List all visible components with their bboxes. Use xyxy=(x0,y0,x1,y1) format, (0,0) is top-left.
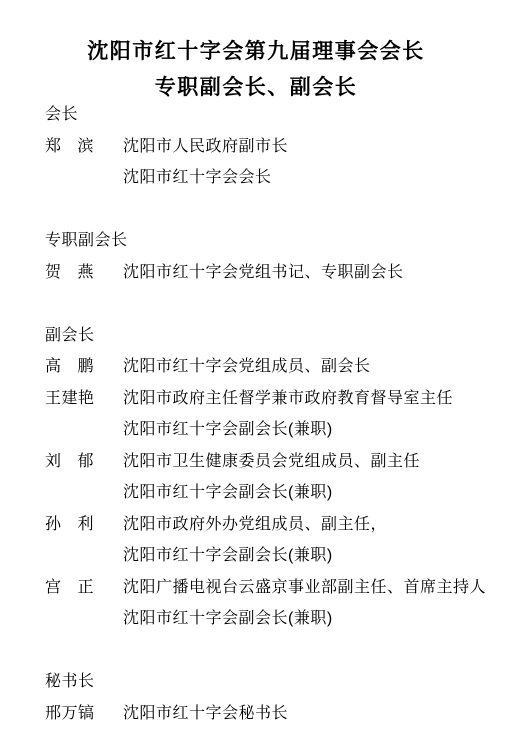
section: 副会长高鹏沈阳市红十字会党组成员、副会长王建艳沈阳市政府主任督学兼市政府教育督导… xyxy=(45,320,531,635)
position-text: 沈阳市卫生健康委员会党组成员、副主任 xyxy=(123,446,420,478)
name-char: 郁 xyxy=(77,446,94,478)
name-char: 建 xyxy=(62,383,79,415)
section: 秘书长邢万镐沈阳市红十字会秘书长 xyxy=(45,666,531,729)
position-text: 沈阳市红十字会会长 xyxy=(123,162,272,194)
name-char: 万 xyxy=(62,698,79,730)
position-text: 沈阳市红十字会秘书长 xyxy=(123,698,288,730)
person-name: 刘郁 xyxy=(45,446,94,478)
name-char: 贺 xyxy=(45,257,62,289)
person-name: 郑滨 xyxy=(45,131,94,163)
position-text: 沈阳市红十字会党组书记、专职副会长 xyxy=(123,257,404,289)
entry-line: 沈阳市红十字会副会长(兼职) xyxy=(45,540,531,572)
section-heading: 副会长 xyxy=(45,320,531,352)
document-page: 沈阳市红十字会第九届理事会会长 专职副会长、副会长 会长郑滨沈阳市人民政府副市长… xyxy=(0,0,531,750)
person-name: 邢万镐 xyxy=(45,698,94,730)
name-char: 正 xyxy=(77,572,94,604)
name-char: 宫 xyxy=(45,572,62,604)
entry-line: 郑滨沈阳市人民政府副市长 xyxy=(45,131,531,163)
name-char: 镐 xyxy=(78,698,95,730)
position-text: 沈阳市红十字会副会长(兼职) xyxy=(123,603,333,635)
name-char: 王 xyxy=(45,383,62,415)
name-char: 利 xyxy=(77,509,94,541)
position-text: 沈阳市红十字会党组成员、副会长 xyxy=(123,351,371,383)
name-char: 鹏 xyxy=(77,351,94,383)
entry-line: 沈阳市红十字会副会长(兼职) xyxy=(45,603,531,635)
document-title: 沈阳市红十字会第九届理事会会长 专职副会长、副会长 xyxy=(45,0,467,106)
position-text: 沈阳市政府外办党组成员、副主任， xyxy=(123,509,387,541)
name-char: 郑 xyxy=(45,131,62,163)
name-char: 刘 xyxy=(45,446,62,478)
person-name: 王建艳 xyxy=(45,383,94,415)
position-text: 沈阳市红十字会副会长(兼职) xyxy=(123,477,333,509)
person-name: 贺燕 xyxy=(45,257,94,289)
name-char: 滨 xyxy=(77,131,94,163)
section-heading: 专职副会长 xyxy=(45,225,531,257)
section: 专职副会长贺燕沈阳市红十字会党组书记、专职副会长 xyxy=(45,225,531,288)
section-heading: 秘书长 xyxy=(45,666,531,698)
entry-line: 沈阳市红十字会副会长(兼职) xyxy=(45,477,531,509)
entry-line: 孙利沈阳市政府外办党组成员、副主任， xyxy=(45,509,531,541)
name-char: 邢 xyxy=(45,698,62,730)
entry-line: 沈阳市红十字会会长 xyxy=(45,162,531,194)
entry-line: 王建艳沈阳市政府主任督学兼市政府教育督导室主任 xyxy=(45,383,531,415)
entry-line: 高鹏沈阳市红十字会党组成员、副会长 xyxy=(45,351,531,383)
entry-line: 邢万镐沈阳市红十字会秘书长 xyxy=(45,698,531,730)
person-name: 高鹏 xyxy=(45,351,94,383)
position-text: 沈阳市人民政府副市长 xyxy=(123,131,288,163)
person-name: 宫正 xyxy=(45,572,94,604)
name-char: 艳 xyxy=(78,383,95,415)
name-char: 燕 xyxy=(77,257,94,289)
section: 会长郑滨沈阳市人民政府副市长沈阳市红十字会会长 xyxy=(45,99,531,194)
position-text: 沈阳广播电视台云盛京事业部副主任、首席主持人 xyxy=(123,572,486,604)
person-name: 孙利 xyxy=(45,509,94,541)
name-char: 高 xyxy=(45,351,62,383)
name-char: 孙 xyxy=(45,509,62,541)
entry-line: 刘郁沈阳市卫生健康委员会党组成员、副主任 xyxy=(45,446,531,478)
position-text: 沈阳市红十字会副会长(兼职) xyxy=(123,414,333,446)
entry-line: 贺燕沈阳市红十字会党组书记、专职副会长 xyxy=(45,257,531,289)
sections-container: 会长郑滨沈阳市人民政府副市长沈阳市红十字会会长专职副会长贺燕沈阳市红十字会党组书… xyxy=(0,99,531,729)
position-text: 沈阳市政府主任督学兼市政府教育督导室主任 xyxy=(123,383,453,415)
title-line-1: 沈阳市红十字会第九届理事会会长 xyxy=(45,34,467,70)
entry-line: 宫正沈阳广播电视台云盛京事业部副主任、首席主持人 xyxy=(45,572,531,604)
entry-line: 沈阳市红十字会副会长(兼职) xyxy=(45,414,531,446)
position-text: 沈阳市红十字会副会长(兼职) xyxy=(123,540,333,572)
